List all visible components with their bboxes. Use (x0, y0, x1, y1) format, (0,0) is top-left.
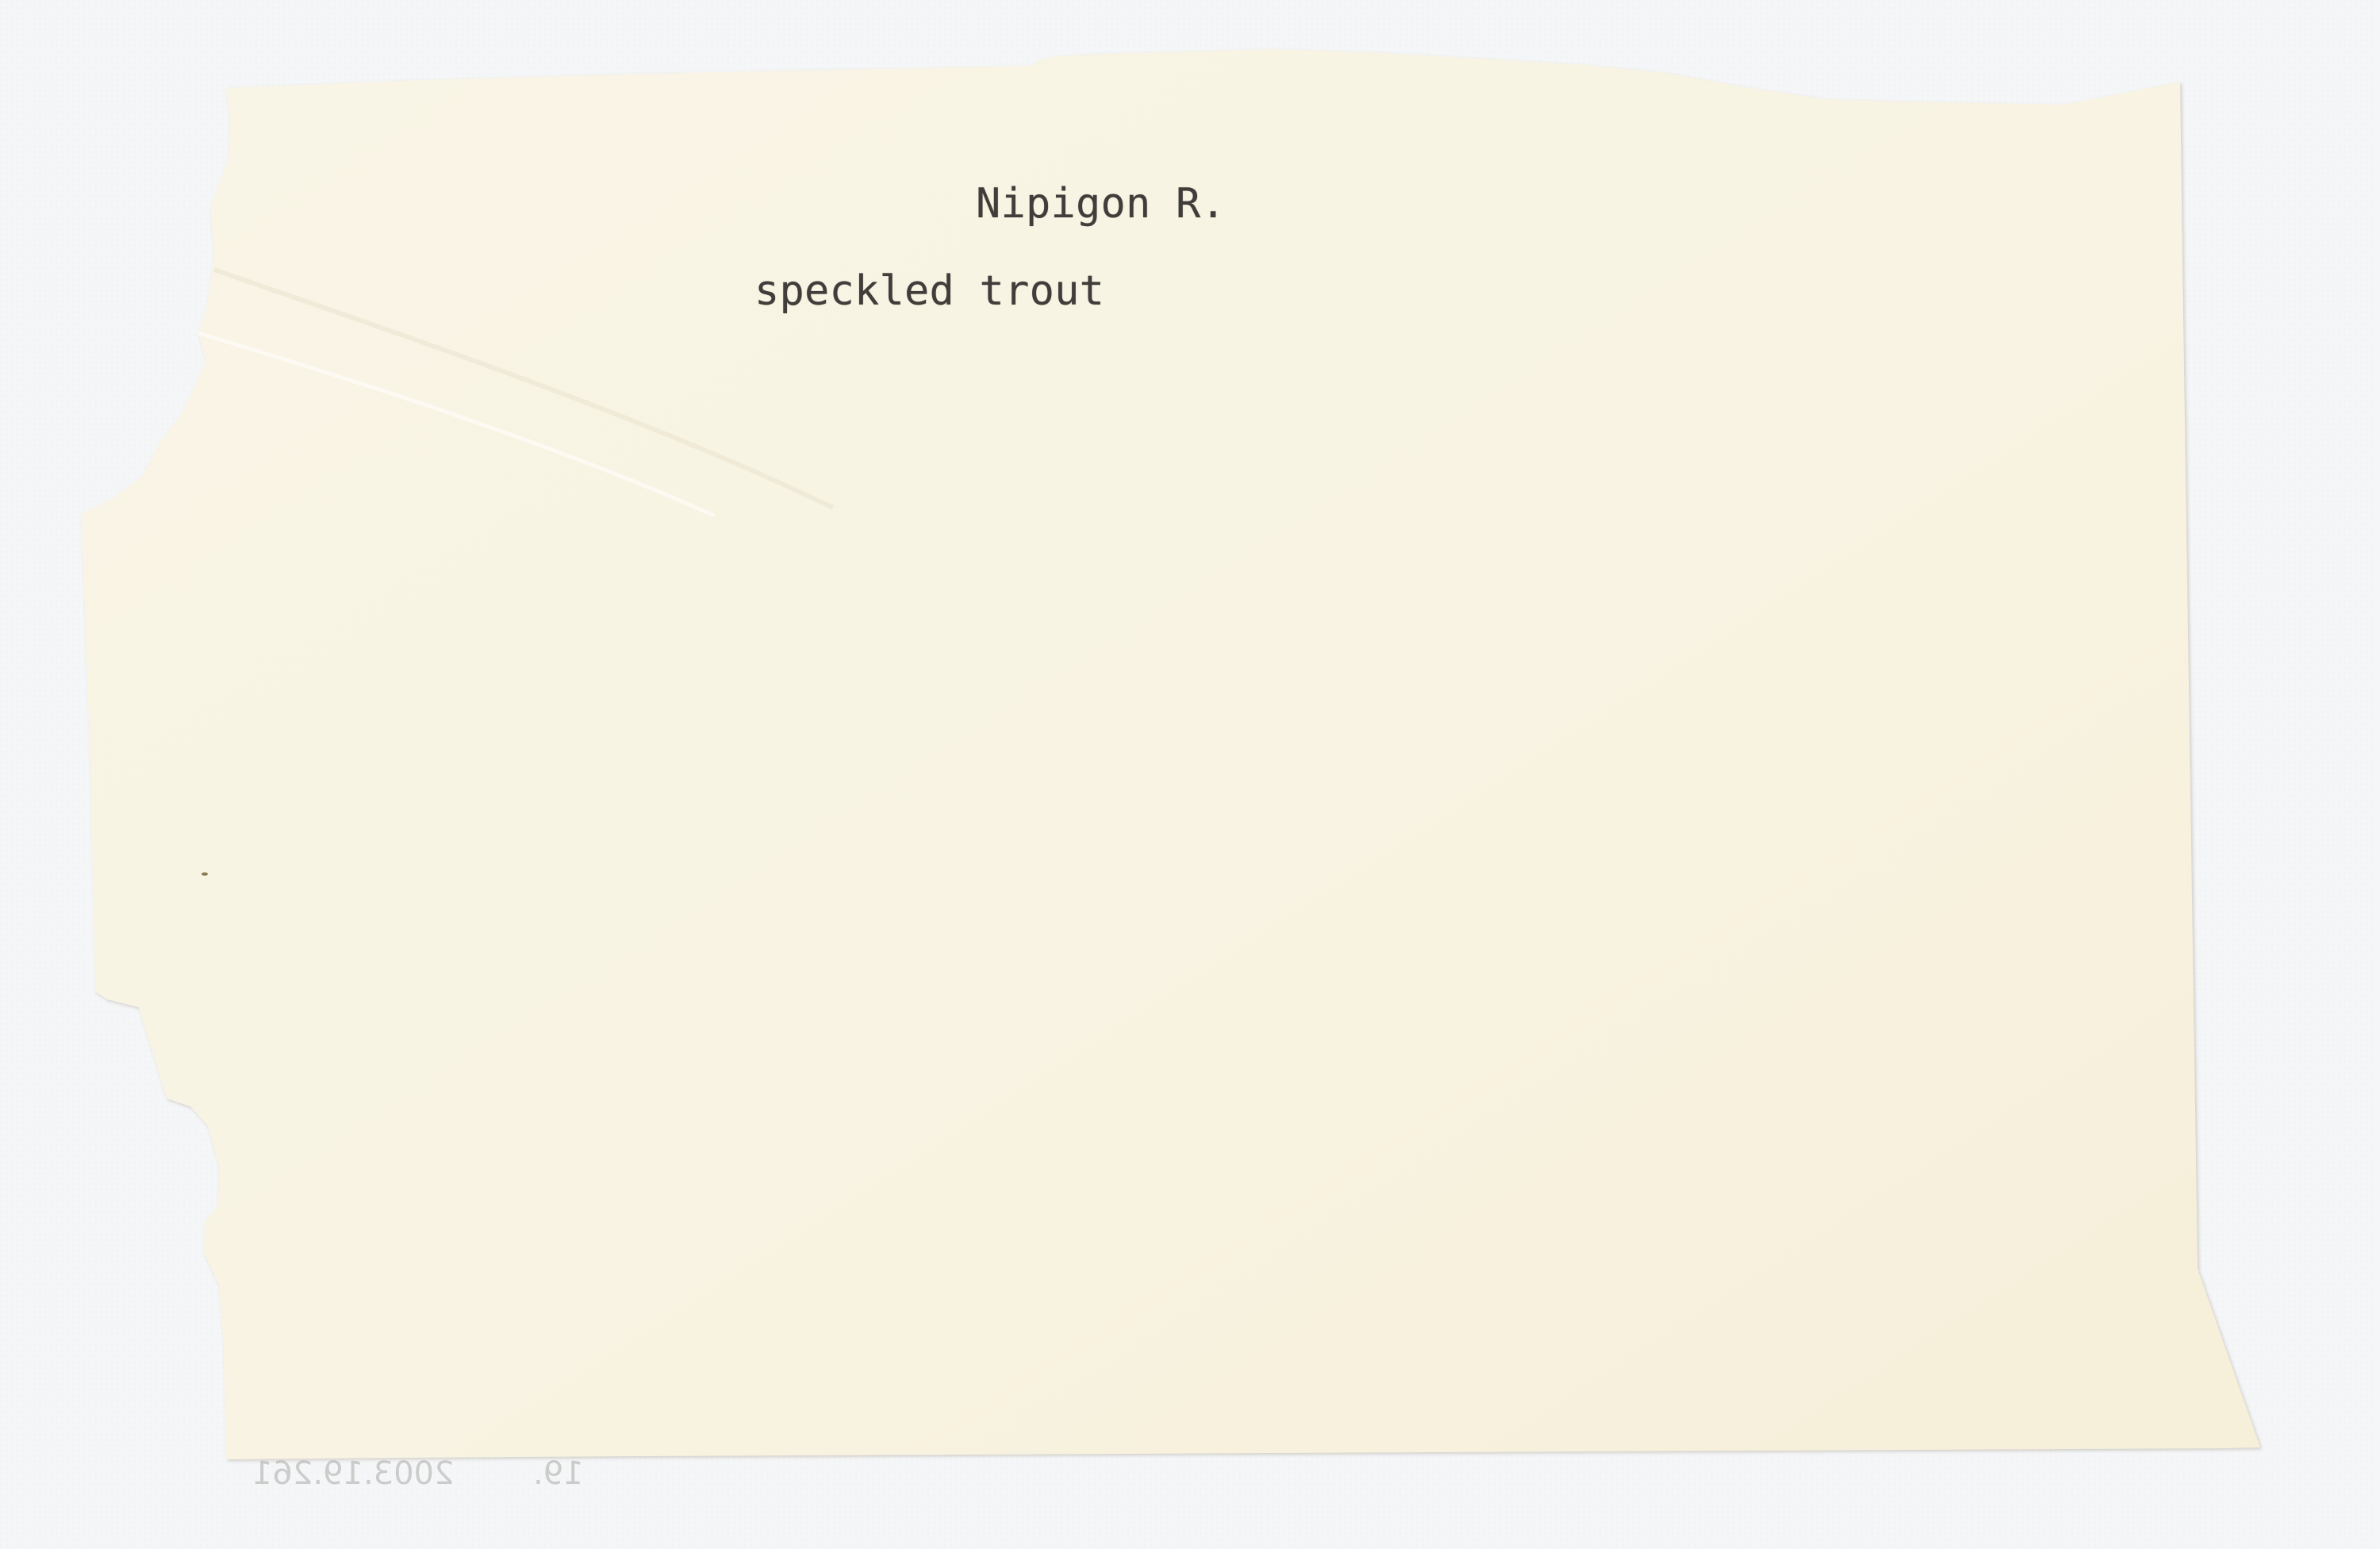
typed-heading-location: Nipigon R. (976, 183, 1226, 224)
paper-speck (202, 872, 208, 876)
show-through-accession-number: 2003.19.261 (252, 1458, 454, 1490)
typed-subject: speckled trout (754, 270, 1104, 312)
paper-outline (81, 49, 2260, 1459)
paper-sheet (0, 0, 2380, 1549)
show-through-item-number: 19. (533, 1458, 584, 1490)
